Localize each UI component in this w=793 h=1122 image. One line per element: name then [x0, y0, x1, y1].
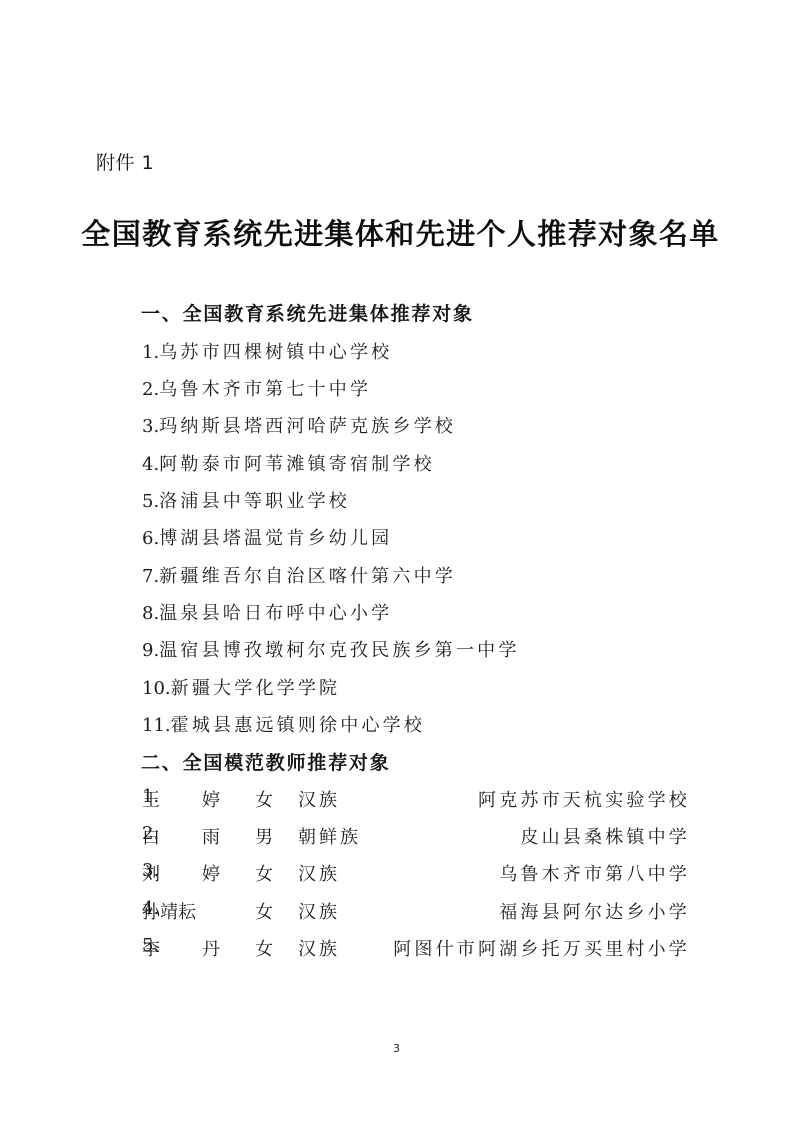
teacher-school: 阿图什市阿湖乡托万买里村小学: [393, 935, 690, 961]
item-number: 2.: [142, 379, 159, 400]
teacher-gender: 女: [255, 786, 273, 812]
name-part: 丹: [202, 935, 220, 961]
item-name: 新疆大学化学学院: [171, 678, 341, 699]
item-name: 洛浦县中等职业学校: [159, 491, 350, 512]
item-number: 4.: [142, 454, 159, 475]
item-name: 乌苏市四棵树镇中心学校: [159, 342, 392, 363]
teacher-row: 4.孙靖耘 女 汉族 福海县阿尔达乡小学: [142, 898, 690, 924]
teacher-row: 3.刘婷 女 汉族 乌鲁木齐市第八中学: [142, 860, 690, 886]
item-name: 博湖县塔温觉肯乡幼儿园: [159, 528, 392, 549]
item-number: 3.: [142, 416, 159, 437]
section-heading-model-teachers: 二、全国模范教师推荐对象: [141, 748, 391, 775]
teacher-row: 2.白雨 男 朝鲜族 皮山县桑株镇中学: [142, 823, 690, 849]
item-name: 霍城县惠远镇则徐中心学校: [171, 715, 425, 736]
teacher-ethnicity: 汉族: [298, 860, 340, 886]
list-item: 1.乌苏市四棵树镇中心学校: [142, 338, 392, 364]
item-number: 7.: [142, 566, 159, 587]
item-number: 5.: [142, 491, 159, 512]
list-item: 10.新疆大学化学学院: [142, 674, 340, 700]
section-heading-collectives: 一、全国教育系统先进集体推荐对象: [141, 299, 474, 326]
name-part: 婷: [202, 860, 220, 886]
teacher-school: 乌鲁木齐市第八中学: [499, 860, 690, 886]
list-item: 11.霍城县惠远镇则徐中心学校: [142, 711, 425, 737]
name-part: 婷: [202, 786, 220, 812]
teacher-gender: 男: [255, 823, 273, 849]
teacher-school: 阿克苏市天杭实验学校: [478, 786, 690, 812]
document-title: 全国教育系统先进集体和先进个人推荐对象名单: [0, 212, 793, 253]
page-number: 3: [0, 1042, 793, 1055]
list-item: 2.乌鲁木齐市第七十中学: [142, 375, 371, 401]
item-number: 8.: [142, 603, 159, 624]
item-number: 1.: [142, 342, 159, 363]
teacher-gender: 女: [255, 860, 273, 886]
item-name: 阿勒泰市阿苇滩镇寄宿制学校: [159, 454, 435, 475]
item-name: 乌鲁木齐市第七十中学: [159, 379, 371, 400]
teacher-ethnicity: 汉族: [298, 898, 340, 924]
teacher-gender: 女: [255, 898, 273, 924]
document-page: 附件 1 全国教育系统先进集体和先进个人推荐对象名单 一、全国教育系统先进集体推…: [0, 0, 793, 1122]
attachment-label: 附件 1: [96, 148, 154, 175]
teacher-row: 5.李丹 女 汉族 阿图什市阿湖乡托万买里村小学: [142, 935, 690, 961]
teacher-ethnicity: 朝鲜族: [298, 823, 361, 849]
item-number: 11.: [142, 715, 171, 736]
name-part: 刘: [142, 860, 160, 886]
teacher-school: 福海县阿尔达乡小学: [499, 898, 690, 924]
list-item: 4.阿勒泰市阿苇滩镇寄宿制学校: [142, 450, 435, 476]
list-item: 6.博湖县塔温觉肯乡幼儿园: [142, 524, 392, 550]
name-part: 王: [142, 786, 160, 812]
list-item: 3.玛纳斯县塔西河哈萨克族乡学校: [142, 412, 456, 438]
name-part: 白: [142, 823, 160, 849]
teacher-gender: 女: [255, 935, 273, 961]
teacher-row: 1.王婷 女 汉族 阿克苏市天杭实验学校: [142, 786, 690, 812]
item-name: 玛纳斯县塔西河哈萨克族乡学校: [159, 416, 456, 437]
name-part: 雨: [202, 823, 220, 849]
item-number: 10.: [142, 678, 171, 699]
item-number: 6.: [142, 528, 159, 549]
item-name: 温泉县哈日布呼中心小学: [159, 603, 392, 624]
item-name: 温宿县博孜墩柯尔克孜民族乡第一中学: [159, 640, 519, 661]
list-item: 7.新疆维吾尔自治区喀什第六中学: [142, 562, 456, 588]
item-name: 新疆维吾尔自治区喀什第六中学: [159, 566, 456, 587]
item-number: 9.: [142, 640, 159, 661]
list-item: 5.洛浦县中等职业学校: [142, 487, 350, 513]
list-item: 8.温泉县哈日布呼中心小学: [142, 599, 392, 625]
teacher-ethnicity: 汉族: [298, 786, 340, 812]
teacher-school: 皮山县桑株镇中学: [520, 823, 690, 849]
name-part: 孙靖耘: [142, 898, 196, 924]
name-part: 李: [142, 935, 160, 961]
teacher-ethnicity: 汉族: [298, 935, 340, 961]
list-item: 9.温宿县博孜墩柯尔克孜民族乡第一中学: [142, 636, 520, 662]
